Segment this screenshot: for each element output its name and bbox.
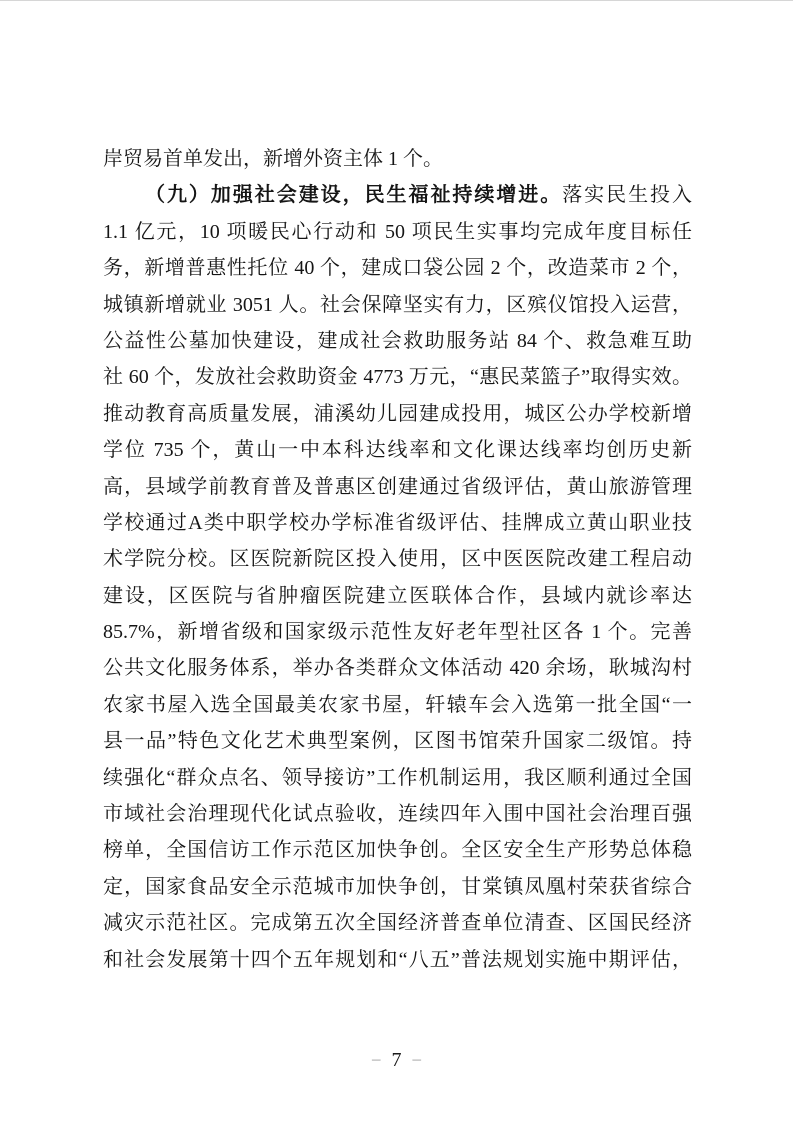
body-line-13: 建设，区医院与省肿瘤医院建立医联体合作，县域内就诊率达 <box>103 578 692 614</box>
section-9-heading-rest: 落实民生投入 <box>562 184 692 206</box>
paragraph-end-line: 岸贸易首单发出，新增外资主体 1 个。 <box>103 141 692 177</box>
body-line-9: 学位 735 个，黄山一中本科达线率和文化课达线率均创历史新 <box>103 432 692 468</box>
body-line-15: 公共文化服务体系，举办各类群众文体活动 420 余场，耿城沟村 <box>103 650 692 686</box>
footer-dash-right: – <box>402 1049 433 1068</box>
body-line-23: 和社会发展第十四个五年规划和“八五”普法规划实施中期评估， <box>103 942 692 978</box>
report-text-block: 岸贸易首单发出，新增外资主体 1 个。 （九）加强社会建设，民生福祉持续增进。落… <box>103 141 692 978</box>
body-line-12: 术学院分校。区医院新院区投入使用，区中医医院改建工程启动 <box>103 541 692 577</box>
body-line-20: 榜单，全国信访工作示范区加快争创。全区安全生产形势总体稳 <box>103 832 692 868</box>
section-9-heading-line: （九）加强社会建设，民生福祉持续增进。落实民生投入 <box>103 177 692 213</box>
body-line-10: 高，县域学前教育普及普惠区创建通过省级评估，黄山旅游管理 <box>103 469 692 505</box>
page-footer: –7– <box>0 1046 793 1073</box>
page-number: 7 <box>392 1049 402 1071</box>
body-line-22: 减灾示范社区。完成第五次全国经济普查单位清查、区国民经济 <box>103 905 692 941</box>
body-line-14: 85.7%，新增省级和国家级示范性友好老年型社区各 1 个。完善 <box>103 614 692 650</box>
body-line-6: 公益性公墓加快建设，建成社会救助服务站 84 个、救急难互助 <box>103 323 692 359</box>
body-line-5: 城镇新增就业 3051 人。社会保障坚实有力，区殡仪馆投入运营， <box>103 287 692 323</box>
body-line-16: 农家书屋入选全国最美农家书屋，轩辕车会入选第一批全国“一 <box>103 687 692 723</box>
body-line-8: 推动教育高质量发展，浦溪幼儿园建成投用，城区公办学校新增 <box>103 396 692 432</box>
body-line-18: 续强化“群众点名、领导接访”工作机制运用，我区顺利通过全国 <box>103 760 692 796</box>
body-line-7: 社 60 个，发放社会救助资金 4773 万元，“惠民菜篮子”取得实效。 <box>103 359 692 395</box>
body-line-3: 1.1 亿元，10 项暖民心行动和 50 项民生实事均完成年度目标任 <box>103 214 692 250</box>
body-line-17: 县一品”特色文化艺术典型案例，区图书馆荣升国家二级馆。持 <box>103 723 692 759</box>
section-9-heading: （九）加强社会建设，民生福祉持续增进。 <box>145 184 562 206</box>
body-line-21: 定，国家食品安全示范城市加快争创，甘棠镇凤凰村荣获省综合 <box>103 869 692 905</box>
body-line-19: 市域社会治理现代化试点验收，连续四年入围中国社会治理百强 <box>103 796 692 832</box>
page-top-edge <box>0 0 793 1</box>
body-line-11: 学校通过A类中职学校办学标准省级评估、挂牌成立黄山职业技 <box>103 505 692 541</box>
body-line-4: 务，新增普惠性托位 40 个，建成口袋公园 2 个，改造菜市 2 个， <box>103 250 692 286</box>
footer-dash-left: – <box>361 1049 392 1068</box>
